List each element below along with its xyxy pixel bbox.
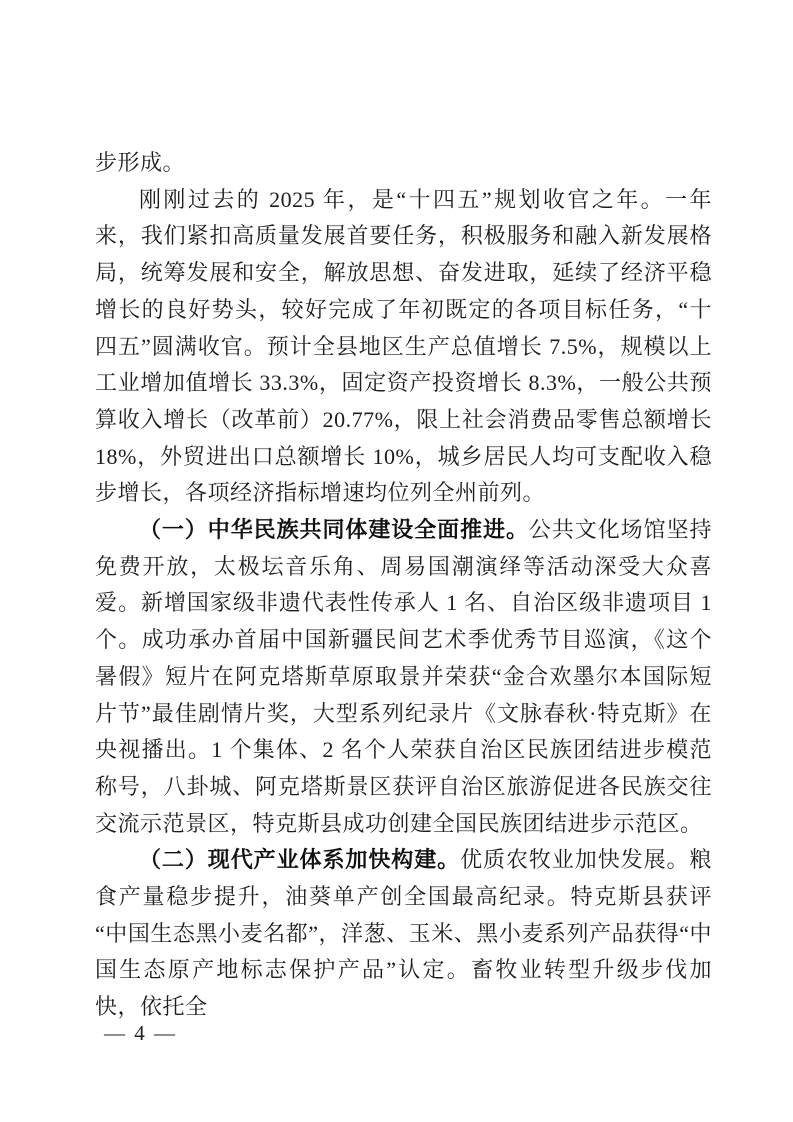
- document-body: 步形成。刚刚过去的 2025 年，是“十四五”规划收官之年。一年来，我们紧扣高质…: [95, 145, 712, 1026]
- paragraph: （二）现代产业体系加快构建。优质农牧业加快发展。粮食产量稳步提升，油葵单产创全国…: [95, 842, 712, 1026]
- document-page: 步形成。刚刚过去的 2025 年，是“十四五”规划收官之年。一年来，我们紧扣高质…: [0, 0, 793, 1122]
- section-heading: （二）现代产业体系加快构建。: [139, 847, 460, 872]
- body-text: 公共文化场馆坚持免费开放，太极坛音乐角、周易国潮演绎等活动深受大众喜爱。新增国家…: [95, 517, 712, 836]
- body-text: 优质农牧业加快发展。粮食产量稳步提升，油葵单产创全国最高纪录。特克斯县获评“中国…: [95, 847, 712, 1019]
- page-number: — 4 —: [104, 1018, 304, 1048]
- section-heading: （一）中华民族共同体建设全面推进。: [139, 517, 529, 542]
- paragraph: 步形成。: [95, 145, 712, 182]
- paragraphs: 步形成。刚刚过去的 2025 年，是“十四五”规划收官之年。一年来，我们紧扣高质…: [95, 145, 712, 1026]
- body-text: 步形成。: [95, 150, 185, 175]
- paragraph: （一）中华民族共同体建设全面推进。公共文化场馆坚持免费开放，太极坛音乐角、周易国…: [95, 512, 712, 842]
- paragraph: 刚刚过去的 2025 年，是“十四五”规划收官之年。一年来，我们紧扣高质量发展首…: [95, 182, 712, 512]
- body-text: 刚刚过去的 2025 年，是“十四五”规划收官之年。一年来，我们紧扣高质量发展首…: [95, 187, 712, 506]
